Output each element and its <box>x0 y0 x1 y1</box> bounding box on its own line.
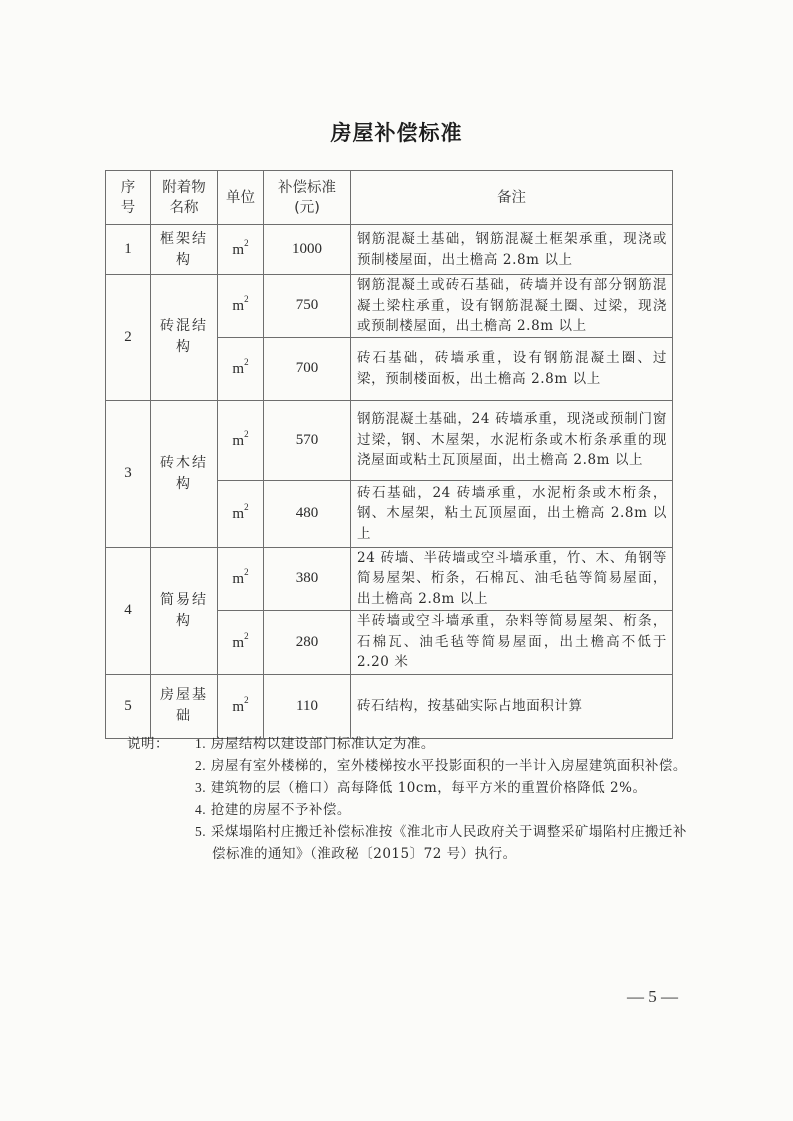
header-name: 附着物名称 <box>151 171 218 225</box>
note-item: 4. 抢建的房屋不予补偿。 <box>170 799 687 821</box>
row-name-line1: 房屋基 <box>151 685 217 706</box>
row-remark: 砖石基础，砖墙承重，设有钢筋混凝土圈、过梁，预制楼面板，出土檐高 2.8m 以上 <box>351 337 673 400</box>
unit-sup: 2 <box>244 238 249 248</box>
row-index: 4 <box>106 547 151 674</box>
table-row: 1 框架结构 m2 1000 钢筋混凝土基础，钢筋混凝土框架承重，现浇或预制楼屋… <box>106 225 673 275</box>
header-index-text: 序号 <box>120 178 136 218</box>
row-name-line2: 构 <box>151 337 217 358</box>
table-row: 3 砖木结构 m2 570 钢筋混凝土基础，24 砖墙承重，现浇或预制门窗过梁，… <box>106 400 673 480</box>
unit-sup: 2 <box>244 695 249 705</box>
row-value: 700 <box>264 337 351 400</box>
row-value: 480 <box>264 480 351 547</box>
document-title: 房屋补偿标准 <box>0 117 793 147</box>
row-name-line2: 构 <box>151 474 217 495</box>
row-name-line2: 构 <box>151 611 217 632</box>
unit-text: m <box>232 506 244 522</box>
row-name-line2: 础 <box>151 706 217 727</box>
table-row: 5 房屋基础 m2 110 砖石结构，按基础实际占地面积计算 <box>106 674 673 738</box>
row-index: 5 <box>106 674 151 738</box>
unit-sup: 2 <box>244 357 249 367</box>
unit-text: m <box>232 635 244 651</box>
row-remark: 砖石基础，24 砖墙承重，水泥桁条或木桁条，钢、木屋架，粘土瓦顶屋面，出土檐高 … <box>351 480 673 547</box>
row-value: 380 <box>264 547 351 610</box>
row-name-line1: 框架结 <box>151 229 217 250</box>
note-item: 1. 房屋结构以建设部门标准认定为准。 <box>170 733 687 755</box>
note-item: 3. 建筑物的层（檐口）高每降低 10cm，每平方米的重置价格降低 2%。 <box>170 777 687 799</box>
header-standard-line2: (元) <box>264 198 350 218</box>
note-text: 房屋有室外楼梯的，室外楼梯按水平投影面积的一半计入房屋建筑面积补偿。 <box>211 758 687 774</box>
notes-list: 1. 房屋结构以建设部门标准认定为准。 2. 房屋有室外楼梯的，室外楼梯按水平投… <box>127 733 687 865</box>
row-unit: m2 <box>218 547 264 610</box>
unit-sup: 2 <box>244 631 249 641</box>
row-remark: 钢筋混凝土或砖石基础，砖墙并设有部分钢筋混凝土梁柱承重，设有钢筋混凝土圈、过梁，… <box>351 275 673 338</box>
note-text: 房屋结构以建设部门标准认定为准。 <box>211 736 435 752</box>
row-unit: m2 <box>218 337 264 400</box>
row-value: 280 <box>264 610 351 674</box>
header-standard-line1: 补偿标准 <box>264 178 350 198</box>
row-name: 砖木结构 <box>151 400 218 547</box>
row-remark: 钢筋混凝土基础，24 砖墙承重，现浇或预制门窗过梁，钢、木屋架，水泥桁条或木桁条… <box>351 400 673 480</box>
unit-text: m <box>232 298 244 314</box>
row-remark: 钢筋混凝土基础，钢筋混凝土框架承重，现浇或预制楼屋面，出土檐高 2.8m 以上 <box>351 225 673 275</box>
note-text: 抢建的房屋不予补偿。 <box>211 802 351 818</box>
note-item: 2. 房屋有室外楼梯的，室外楼梯按水平投影面积的一半计入房屋建筑面积补偿。 <box>170 755 687 777</box>
row-name: 房屋基础 <box>151 674 218 738</box>
row-index: 1 <box>106 225 151 275</box>
row-remark: 24 砖墙、半砖墙或空斗墙承重，竹、木、角钢等简易屋架、桁条，石棉瓦、油毛毡等简… <box>351 547 673 610</box>
table-row: 4 简易结构 m2 380 24 砖墙、半砖墙或空斗墙承重，竹、木、角钢等简易屋… <box>106 547 673 610</box>
header-name-line1: 附着物 <box>151 178 217 198</box>
unit-text: m <box>232 433 244 449</box>
note-item: 5. 采煤塌陷村庄搬迁补偿标准按《淮北市人民政府关于调整采矿塌陷村庄搬迁补偿标准… <box>170 821 687 865</box>
compensation-table: 序号 附着物名称 单位 补偿标准(元) 备注 1 框架结构 m2 1000 钢筋… <box>105 170 673 739</box>
page-number: — 5 — <box>627 987 678 1007</box>
row-name-line2: 构 <box>151 250 217 271</box>
note-number: 1. <box>195 736 206 751</box>
unit-sup: 2 <box>244 294 249 304</box>
note-number: 5. <box>195 824 206 839</box>
unit-sup: 2 <box>244 502 249 512</box>
row-name-line1: 简易结 <box>151 590 217 611</box>
row-unit: m2 <box>218 480 264 547</box>
table-header-row: 序号 附着物名称 单位 补偿标准(元) 备注 <box>106 171 673 225</box>
row-index: 3 <box>106 400 151 547</box>
row-value: 110 <box>264 674 351 738</box>
row-name-line1: 砖木结 <box>151 453 217 474</box>
notes-section: 说明： 1. 房屋结构以建设部门标准认定为准。 2. 房屋有室外楼梯的，室外楼梯… <box>127 733 687 865</box>
row-unit: m2 <box>218 610 264 674</box>
unit-sup: 2 <box>244 567 249 577</box>
row-value: 1000 <box>264 225 351 275</box>
row-value: 570 <box>264 400 351 480</box>
row-value: 750 <box>264 275 351 338</box>
row-name-line1: 砖混结 <box>151 316 217 337</box>
row-remark: 半砖墙或空斗墙承重，杂料等简易屋架、桁条，石棉瓦、油毛毡等简易屋面，出土檐高不低… <box>351 610 673 674</box>
header-remark: 备注 <box>351 171 673 225</box>
unit-text: m <box>232 699 244 715</box>
unit-text: m <box>232 571 244 587</box>
header-standard: 补偿标准(元) <box>264 171 351 225</box>
note-number: 2. <box>195 758 206 773</box>
row-name: 简易结构 <box>151 547 218 674</box>
header-unit: 单位 <box>218 171 264 225</box>
unit-sup: 2 <box>244 429 249 439</box>
row-unit: m2 <box>218 225 264 275</box>
row-index: 2 <box>106 275 151 401</box>
row-name: 砖混结构 <box>151 275 218 401</box>
note-text: 建筑物的层（檐口）高每降低 10cm，每平方米的重置价格降低 2%。 <box>211 780 647 796</box>
row-unit: m2 <box>218 674 264 738</box>
row-unit: m2 <box>218 275 264 338</box>
header-name-line2: 名称 <box>151 198 217 218</box>
note-number: 3. <box>195 780 206 795</box>
row-unit: m2 <box>218 400 264 480</box>
note-text: 采煤塌陷村庄搬迁补偿标准按《淮北市人民政府关于调整采矿塌陷村庄搬迁补偿标准的通知… <box>211 824 687 862</box>
row-remark: 砖石结构，按基础实际占地面积计算 <box>351 674 673 738</box>
table-row: 2 砖混结构 m2 750 钢筋混凝土或砖石基础，砖墙并设有部分钢筋混凝土梁柱承… <box>106 275 673 338</box>
note-number: 4. <box>195 802 206 817</box>
unit-text: m <box>232 242 244 258</box>
header-index: 序号 <box>106 171 151 225</box>
unit-text: m <box>232 361 244 377</box>
notes-label: 说明： <box>127 733 169 755</box>
row-name: 框架结构 <box>151 225 218 275</box>
